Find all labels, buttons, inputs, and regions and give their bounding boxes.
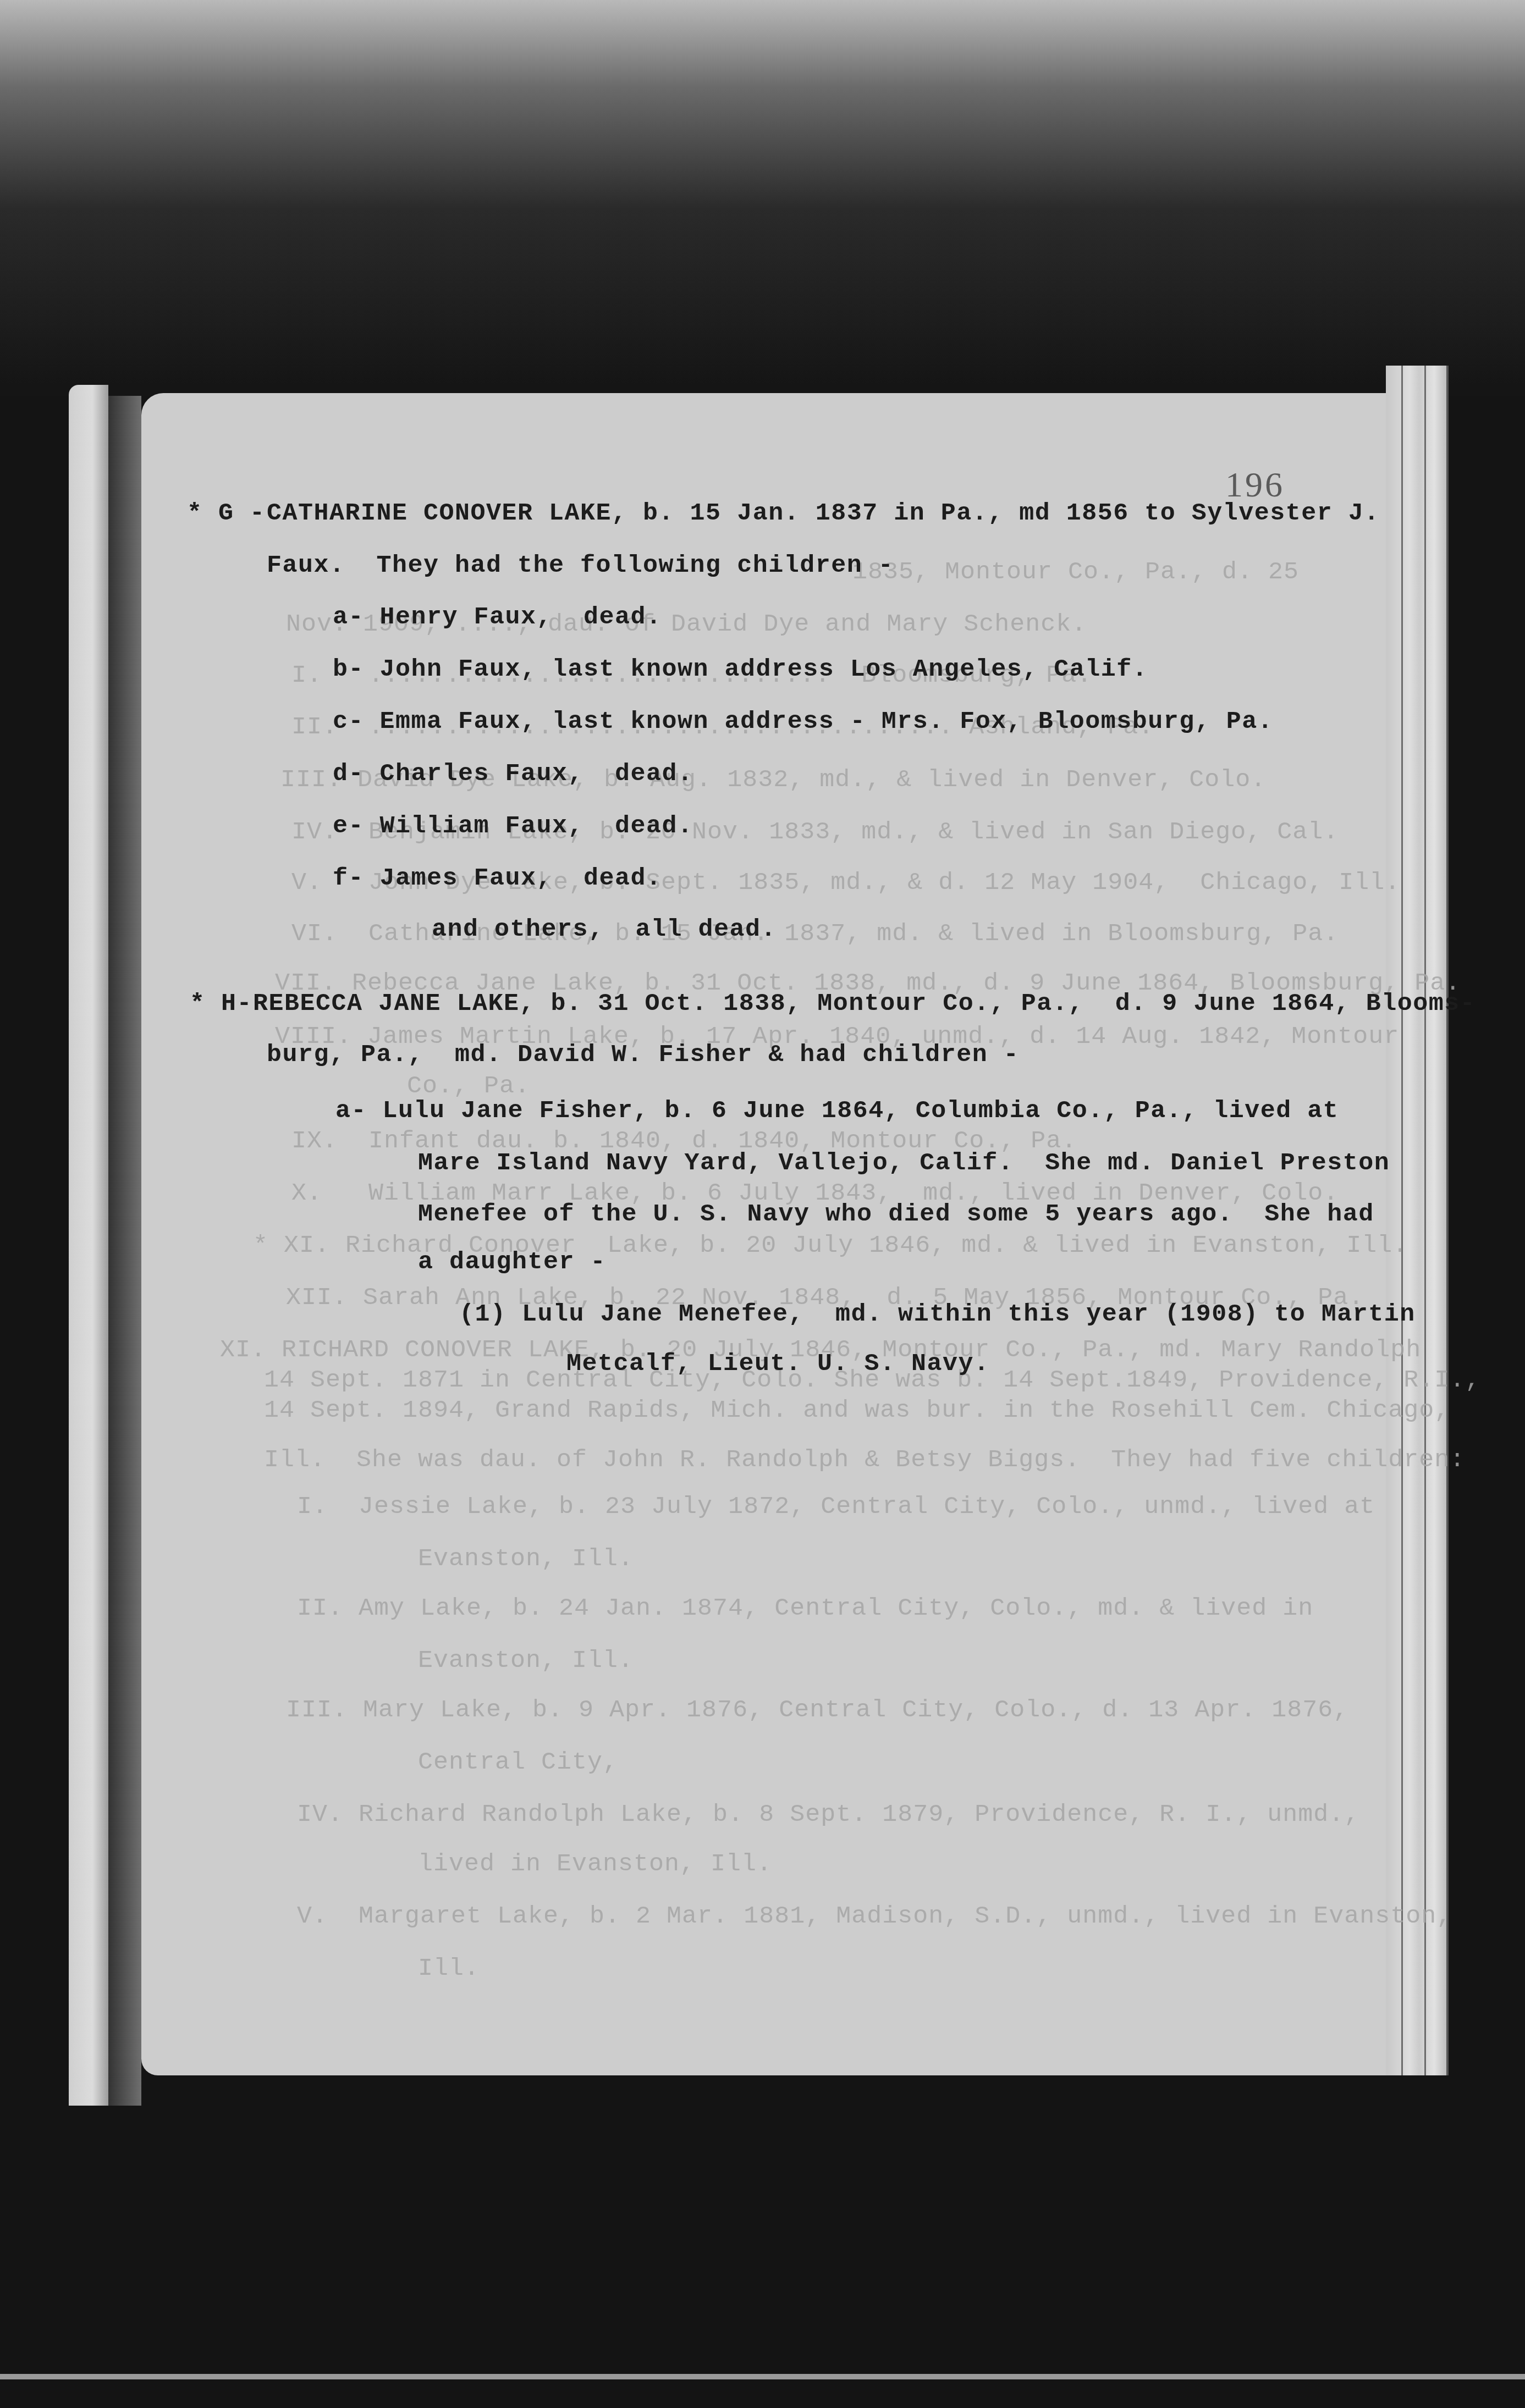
entry-line: burg, Pa., md. David W. Fisher & had chi… (267, 1041, 1019, 1069)
child-entry: c- Emma Faux, last known address - Mrs. … (333, 708, 1273, 736)
entry-heading: REBECCA JANE LAKE, b. 31 Oct. 1838, Mont… (253, 990, 1476, 1018)
child-entry: f- James Faux, dead. (333, 864, 662, 892)
child-continuation: a daughter - (418, 1248, 606, 1276)
child-entry: b- John Faux, last known address Los Ang… (333, 655, 1148, 683)
child-entry: e- William Faux, dead. (333, 812, 693, 840)
child-entry: a- Lulu Jane Fisher, b. 6 June 1864, Col… (335, 1097, 1339, 1125)
child-continuation: Mare Island Navy Yard, Vallejo, Calif. S… (418, 1149, 1390, 1177)
book-gutter (108, 396, 141, 2106)
grandchild-continuation: Metcalf, Lieut. U. S. Navy. (566, 1350, 990, 1378)
microfilm-background-top (0, 0, 1525, 396)
child-continuation: Menefee of the U. S. Navy who died some … (418, 1200, 1374, 1228)
entry-marker: * H- (190, 990, 252, 1018)
facing-page-edge (69, 385, 108, 2106)
entry-heading: CATHARINE CONOVER LAKE, b. 15 Jan. 1837 … (267, 499, 1380, 527)
entry-footer: and others, all dead. (432, 915, 777, 943)
child-entry: d- Charles Faux, dead. (333, 760, 693, 788)
entry-marker: * G - (187, 499, 266, 527)
grandchild-entry: (1) Lulu Jane Menefee, md. within this y… (459, 1300, 1416, 1328)
microfilm-frame-edge (0, 2374, 1525, 2379)
child-entry: a- Henry Faux, dead. (333, 603, 662, 631)
page-stack-edge (1386, 366, 1449, 2075)
entry-line: Faux. They had the following children - (267, 551, 894, 579)
